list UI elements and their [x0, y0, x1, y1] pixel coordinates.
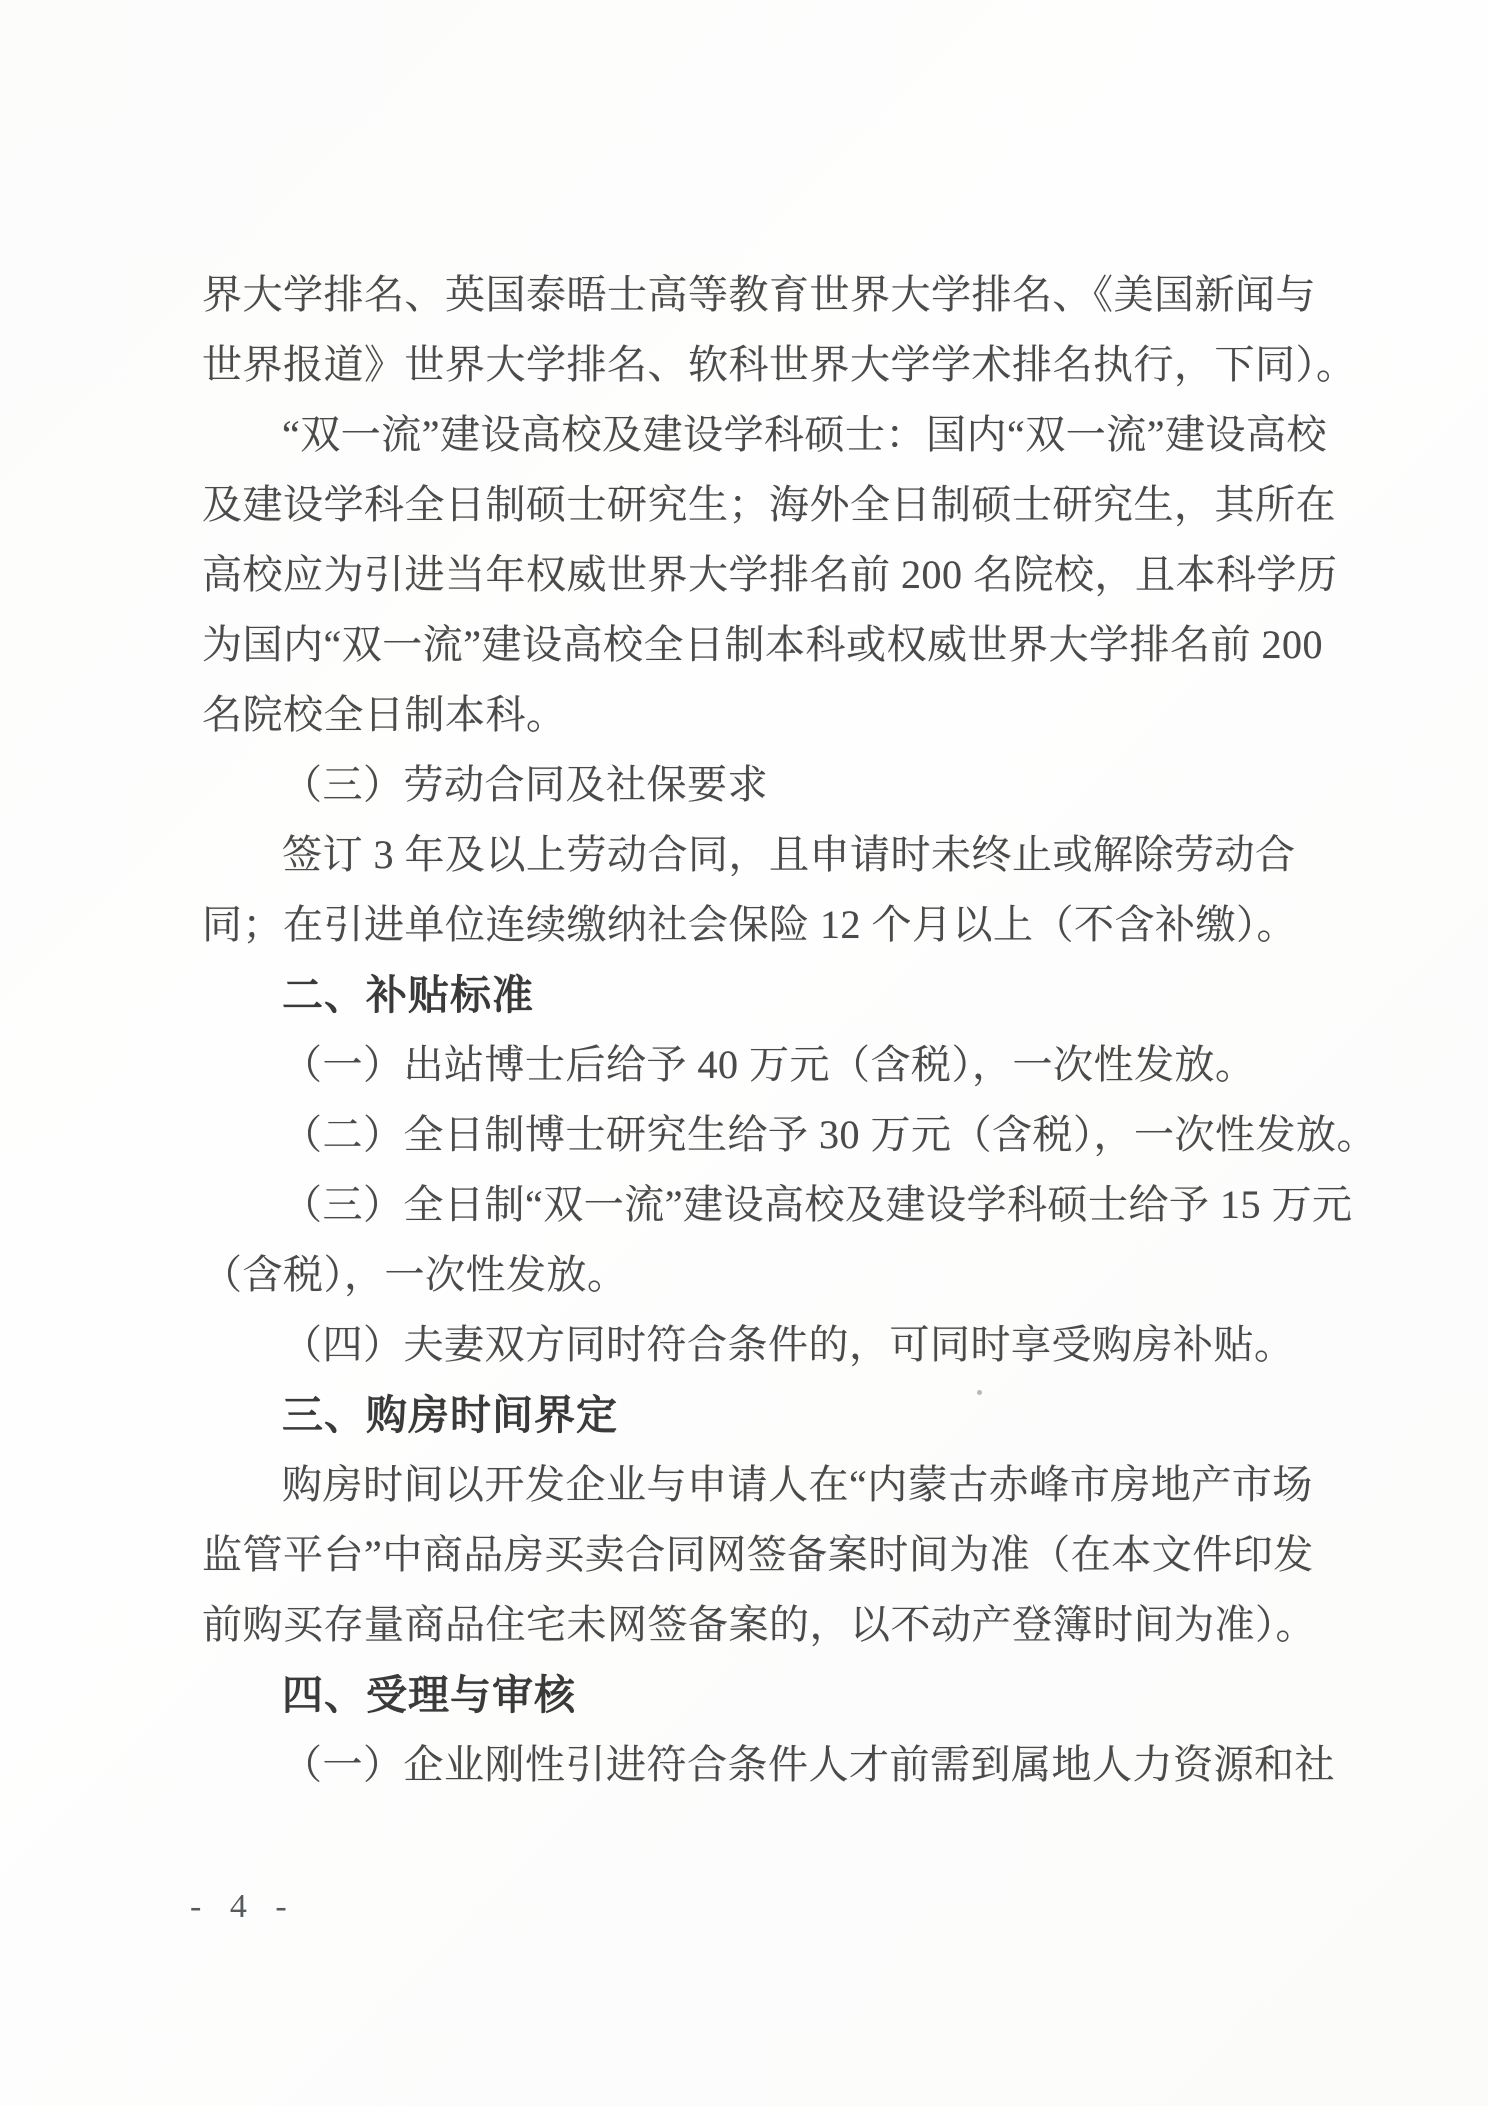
text-line: 购房时间以开发企业与申请人在“内蒙古赤峰市房地产市场	[202, 1450, 1352, 1520]
text-line: 及建设学科全日制硕士研究生；海外全日制硕士研究生，其所在	[202, 470, 1352, 540]
text-line: 同；在引进单位连续缴纳社会保险 12 个月以上（不含补缴）。	[202, 890, 1352, 960]
text-line: （一）出站博士后给予 40 万元（含税），一次性发放。	[202, 1030, 1352, 1100]
text-line: （一）企业刚性引进符合条件人才前需到属地人力资源和社	[202, 1730, 1352, 1800]
text-line: 名院校全日制本科。	[202, 680, 1352, 750]
document-lines: 界大学排名、英国泰晤士高等教育世界大学排名、《美国新闻与世界报道》世界大学排名、…	[202, 260, 1352, 1800]
text-line: 世界报道》世界大学排名、软科世界大学学术排名执行，下同）。	[202, 330, 1352, 400]
text-line: （三）劳动合同及社保要求	[202, 750, 1352, 820]
page-number: - 4 -	[190, 1888, 297, 1926]
text-line: 界大学排名、英国泰晤士高等教育世界大学排名、《美国新闻与	[202, 260, 1352, 330]
text-line: 签订 3 年及以上劳动合同，且申请时未终止或解除劳动合	[202, 820, 1352, 890]
text-line: （四）夫妻双方同时符合条件的，可同时享受购房补贴。	[202, 1310, 1352, 1380]
text-line: 监管平台”中商品房买卖合同网签备案时间为准（在本文件印发	[202, 1520, 1352, 1590]
text-line: （二）全日制博士研究生给予 30 万元（含税），一次性发放。	[202, 1100, 1352, 1170]
section-heading: 三、购房时间界定	[202, 1380, 1352, 1450]
text-line: （含税），一次性发放。	[202, 1240, 1352, 1310]
text-line: 高校应为引进当年权威世界大学排名前 200 名院校，且本科学历	[202, 540, 1352, 610]
scanned-document-page: 界大学排名、英国泰晤士高等教育世界大学排名、《美国新闻与世界报道》世界大学排名、…	[0, 0, 1488, 2106]
text-line: 为国内“双一流”建设高校全日制本科或权威世界大学排名前 200	[202, 610, 1352, 680]
text-line: 前购买存量商品住宅未网签备案的，以不动产登簿时间为准）。	[202, 1590, 1352, 1660]
scan-speck-artifact	[977, 1390, 982, 1395]
text-line: “双一流”建设高校及建设学科硕士：国内“双一流”建设高校	[202, 400, 1352, 470]
section-heading: 四、受理与审核	[202, 1660, 1352, 1730]
text-line: （三）全日制“双一流”建设高校及建设学科硕士给予 15 万元	[202, 1170, 1352, 1240]
section-heading: 二、补贴标准	[202, 960, 1352, 1030]
